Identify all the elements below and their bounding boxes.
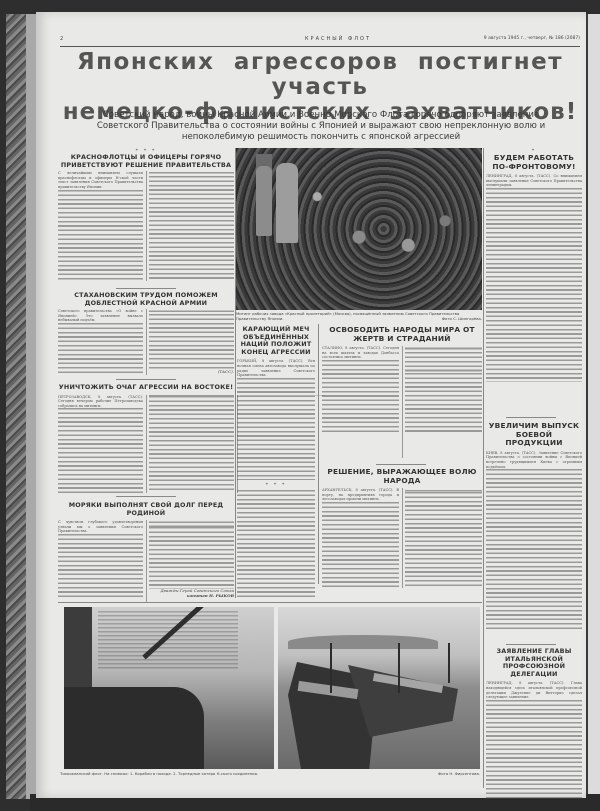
article-text-lines [149, 527, 234, 589]
divider [506, 417, 556, 418]
boat-mast [398, 643, 400, 693]
caption-text: Митинг рабочих завода «Красный пролетари… [236, 311, 459, 321]
article-lead: ПЕТРОЗАВОДСК, 8 августа. (ТАСС). Сегодня… [58, 395, 143, 409]
article-sailors-greet: * * * Краснофлотцы и офицеры горячо прив… [58, 148, 234, 286]
article-body: КИЕВ, 8 августа. (ТАСС). Заявление Совет… [486, 451, 582, 627]
article-text-lines [405, 492, 482, 588]
article-stakhanov: Стахановским трудом поможем доблестной К… [58, 292, 234, 377]
running-header: 2 КРАСНЫЙ ФЛОТ 9 августа 1945 г., четвер… [60, 36, 580, 46]
signoff-name: капитан Н. РЫКОВ [149, 594, 234, 599]
article-body: С чувством глубокого удовлетворения узна… [58, 520, 234, 602]
ornament-stars: * * * [237, 482, 315, 488]
divider [116, 496, 176, 497]
article-title: Увеличим выпуск боевой продукции [486, 422, 582, 448]
article-destroy-aggression: Уничтожить очаг агрессии на Востоке! ПЕТ… [58, 384, 234, 494]
article-body: СТАЛИНО, 8 августа. (ТАСС). Сегодня на в… [322, 346, 482, 458]
page-subhead: Советский народ, воины Красной Армии и В… [76, 110, 566, 143]
column-rule [318, 324, 319, 584]
article-body: ГОРЬКИЙ, 8 августа. (ТАСС). Вся ночная с… [237, 359, 315, 595]
article-sailors-duty: Моряки выполнят свой долг перед Родиной … [58, 502, 234, 598]
boat-mast [448, 643, 450, 683]
article-signoff: (ТАСС). [149, 370, 234, 375]
article-title: Моряки выполнят свой долг перед Родиной [58, 502, 234, 517]
article-title: Будем работать по-фронтовому! [486, 154, 582, 171]
article-lead: ЛЕНИНГРАД, 8 августа. (ТАСС). Со внимани… [486, 174, 582, 188]
article-lead: ЛЕНИНГРАД, 8 августа. (ТАСС). Глава нахо… [486, 681, 582, 699]
paper-name: КРАСНЫЙ ФЛОТ [305, 36, 371, 42]
article-body: ПЕТРОЗАВОДСК, 8 августа. (ТАСС). Сегодня… [58, 395, 234, 493]
divider [376, 464, 426, 465]
article-title: Карающий меч Объединённых Наций положит … [237, 326, 315, 356]
article-body: АРХАНГЕЛЬСК, 8 августа. (ТАСС). В порту,… [322, 488, 482, 588]
article-lead: С величайшим вниманием слушали краснофло… [58, 171, 143, 189]
newspaper-page: 2 КРАСНЫЙ ФЛОТ 9 августа 1945 г., четвер… [36, 12, 586, 798]
binding-spine [6, 14, 28, 799]
divider [116, 288, 176, 289]
article-title: Освободить народы мира от жертв и страда… [322, 326, 482, 343]
article-lead: С чувством глубокого удовлетворения узна… [58, 520, 143, 534]
photo-figure [276, 163, 298, 243]
photo-credit: Фото С. Шингарёва. [442, 317, 482, 322]
issue-date: 9 августа 1945 г., четверг, № 186 (2087) [484, 36, 580, 41]
fleet-photo-boats [278, 607, 480, 769]
fleet-photo-gun [64, 607, 274, 769]
divider [506, 644, 556, 645]
article-lead: КИЕВ, 8 августа. (ТАСС). Заявление Совет… [486, 451, 582, 469]
article-increase-output: Увеличим выпуск боевой продукции КИЕВ, 8… [486, 422, 582, 618]
header-rule [60, 46, 580, 47]
rally-photo-caption: Митинг рабочих завода «Красный пролетари… [236, 312, 482, 322]
article-text-lines [486, 188, 582, 382]
article-title: Решение, выражающее волю народа [322, 468, 482, 485]
article-text-lines [237, 490, 315, 600]
article-will-of-people: Решение, выражающее волю народа АРХАНГЕЛ… [322, 468, 482, 586]
fleet-photo-caption: Тихоокеанский флот. На снимках: 1. Кораб… [60, 772, 480, 777]
caption-text: Тихоокеанский флот. На снимках: 1. Кораб… [60, 771, 258, 776]
rally-photo [236, 148, 482, 310]
article-text-lines [237, 378, 315, 480]
article-title: Уничтожить очаг агрессии на Востоке! [58, 384, 234, 392]
ship-hull [64, 687, 204, 769]
article-text-lines [486, 700, 582, 800]
article-italian-delegation: Заявление главы итальянской профсоюзной … [486, 648, 582, 788]
headline-line-1: Японских агрессоров постигнет участь [60, 50, 580, 100]
boat-mast [330, 643, 332, 693]
photo-hill [288, 635, 438, 649]
article-lead: Советского правительства «О войне с Япон… [58, 309, 143, 323]
article-body: С величайшим вниманием слушали краснофло… [58, 171, 234, 281]
divider [58, 602, 482, 603]
article-free-peoples: Освободить народы мира от жертв и страда… [322, 326, 482, 460]
photo-figure [256, 166, 272, 236]
article-work-frontline: * Будем работать по-фронтовому! ЛЕНИНГРА… [486, 148, 582, 382]
article-title: Заявление главы итальянской профсоюзной … [486, 648, 582, 678]
next-page-edge [586, 14, 600, 794]
article-body: ЛЕНИНГРАД, 8 августа. (ТАСС). Глава нахо… [486, 681, 582, 799]
article-title: Краснофлотцы и офицеры горячо приветству… [58, 154, 234, 169]
column-rule [235, 148, 236, 598]
article-text-lines [405, 373, 482, 433]
article-title: Стахановским трудом поможем доблестной К… [58, 292, 234, 307]
photo-credit: Фото Н. Фирсентова. [438, 772, 480, 777]
divider [116, 379, 176, 380]
article-text-lines [486, 469, 582, 629]
article-lead: ГОРЬКИЙ, 8 августа. (ТАСС). Вся ночная с… [237, 359, 315, 377]
article-body: ЛЕНИНГРАД, 8 августа. (ТАСС). Со внимани… [486, 174, 582, 382]
photo-overlay-text [98, 611, 238, 671]
column-rule [483, 148, 484, 788]
page-number: 2 [60, 36, 64, 42]
article-text-lines [149, 314, 234, 370]
article-lead: АРХАНГЕЛЬСК, 8 августа. (ТАСС). В порту,… [322, 488, 399, 502]
article-body: Советского правительства «О войне с Япон… [58, 309, 234, 375]
article-united-nations: Карающий меч Объединённых Наций положит … [237, 326, 315, 584]
article-lead: СТАЛИНО, 8 августа. (ТАСС). Сегодня на в… [322, 346, 399, 360]
